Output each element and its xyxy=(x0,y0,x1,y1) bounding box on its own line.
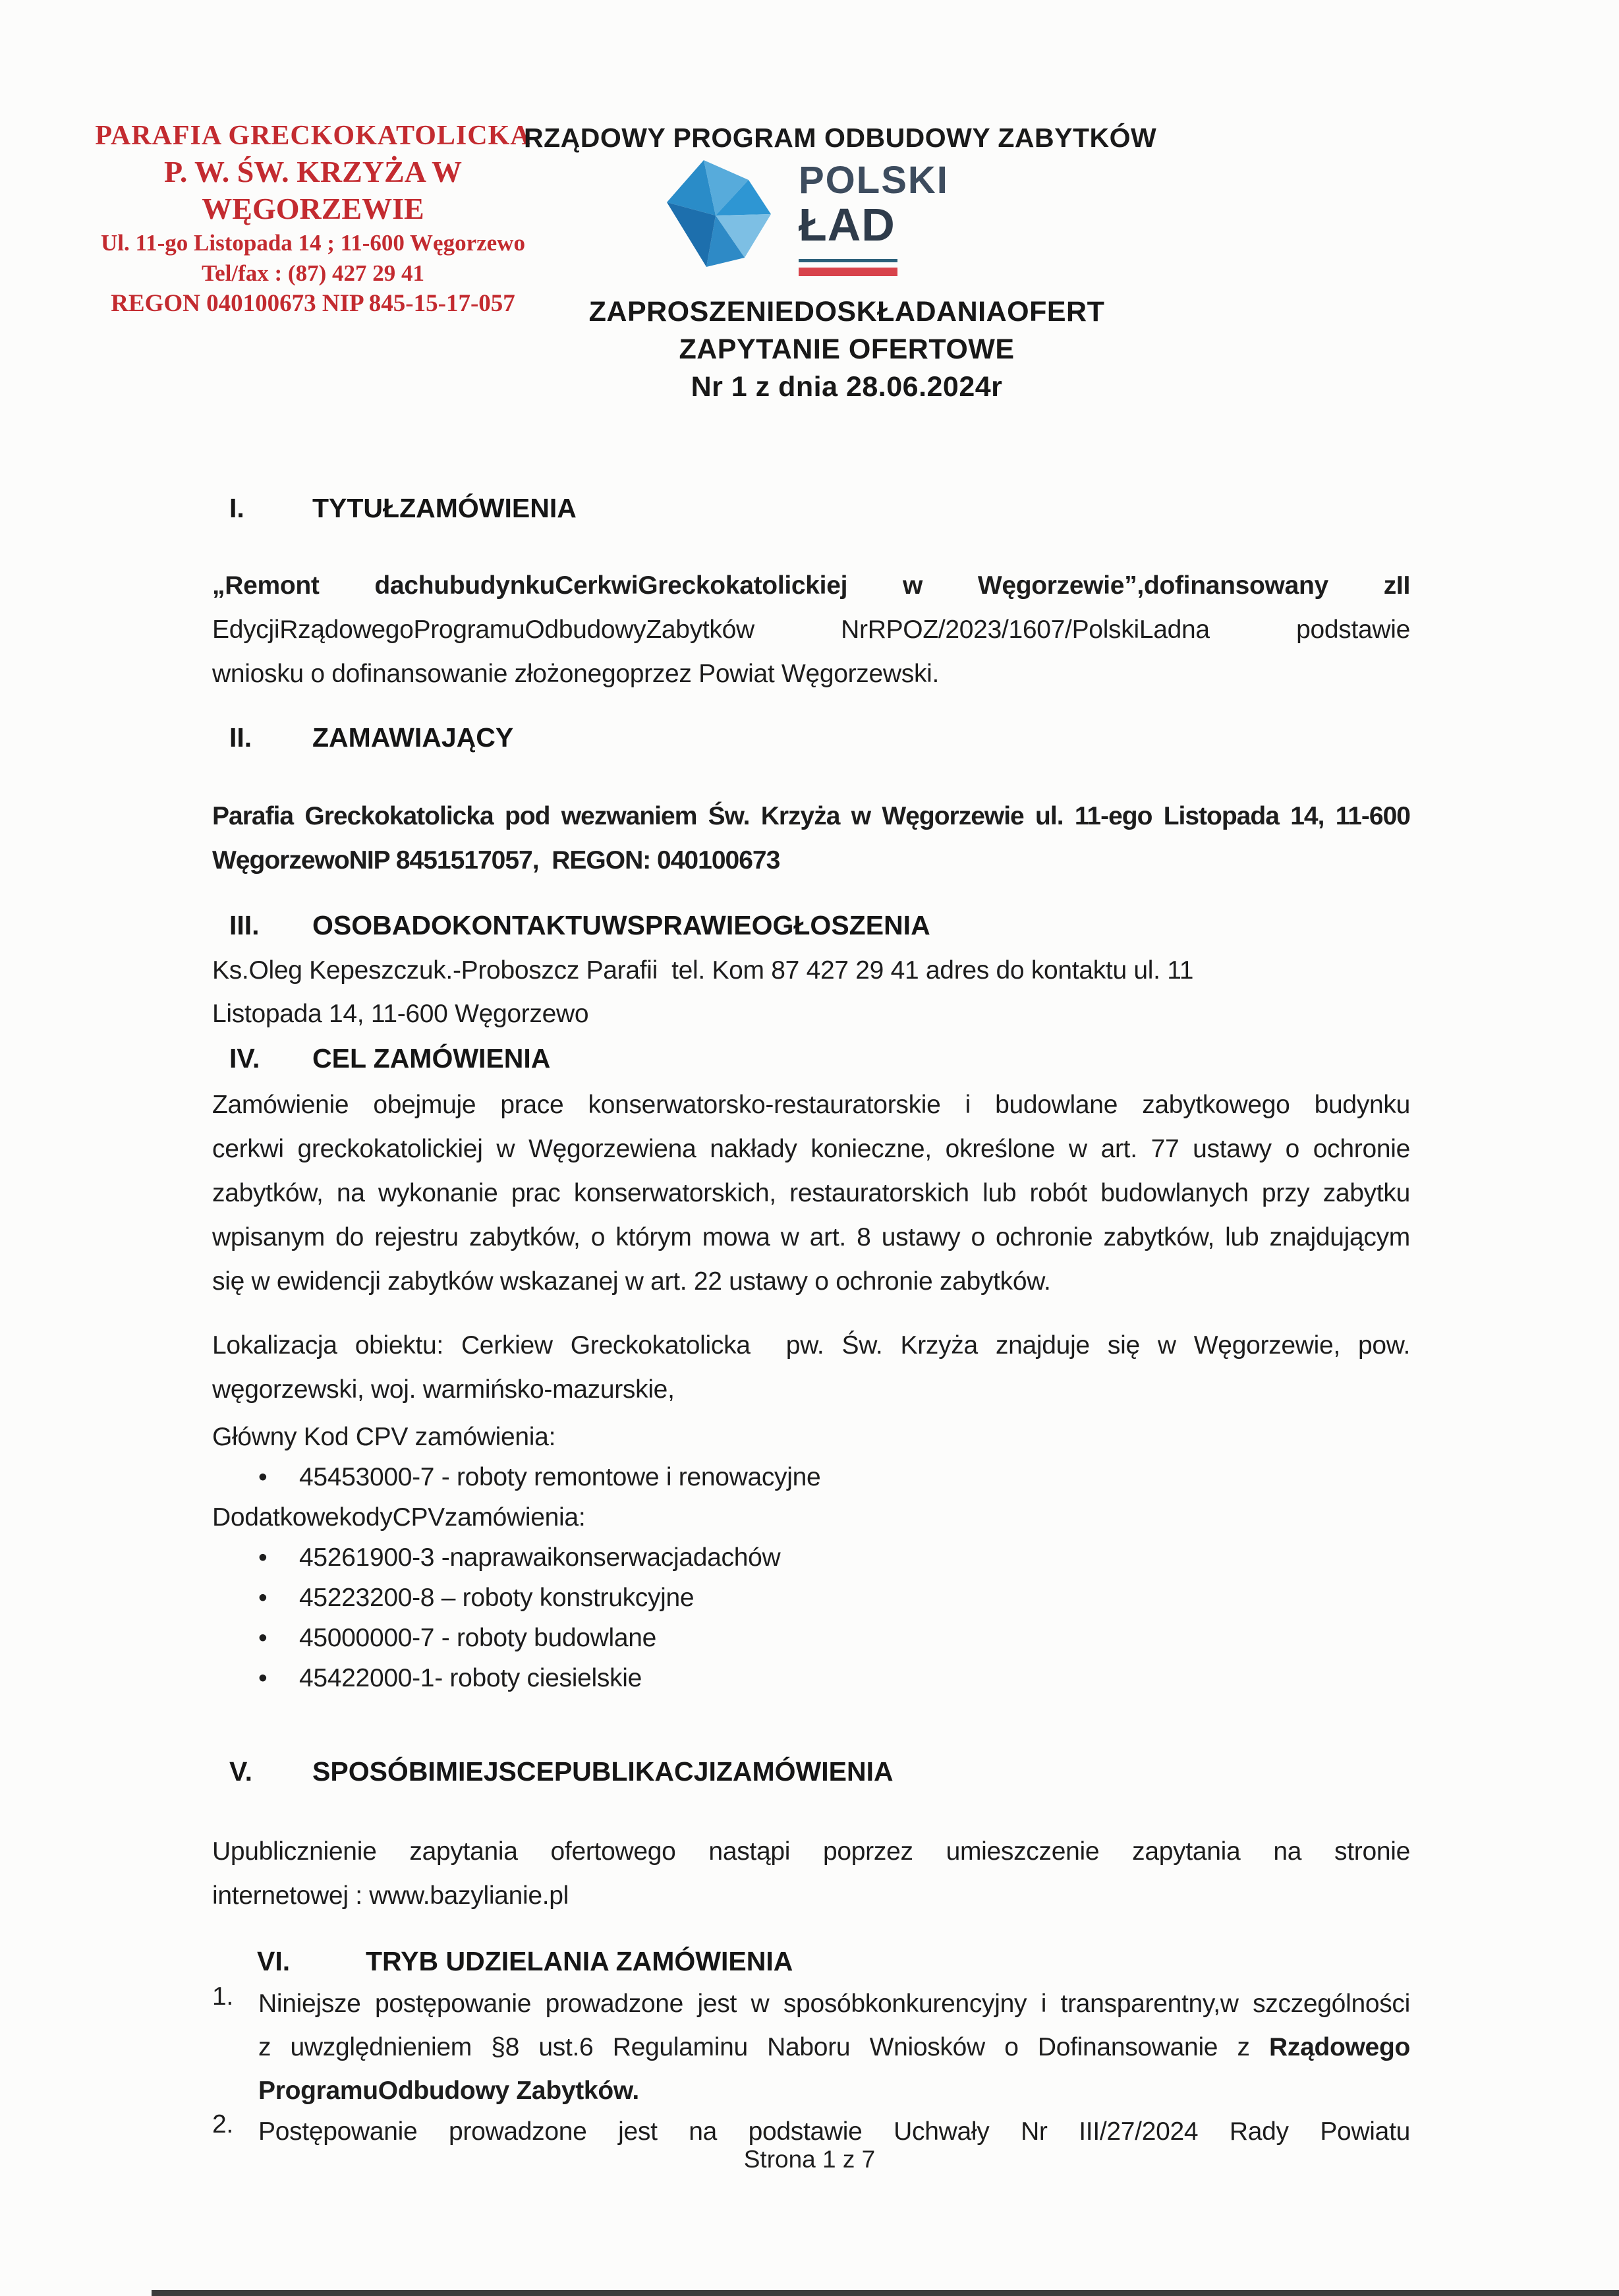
item-number: 1. xyxy=(212,1982,258,2113)
polski-lad-logo: POLSKI ŁAD xyxy=(667,160,949,276)
contact-line: Listopada 14, 11-600 Węgorzewo xyxy=(212,992,1410,1036)
section-4-title: CEL ZAMÓWIENIA xyxy=(312,1041,550,1076)
text-line: wpisanym do rejestru zabytków, o którym … xyxy=(212,1215,1410,1259)
cpv-additional-code: 45261900-3 -naprawaikonserwacjadachów xyxy=(299,1537,780,1578)
section-4-paragraph: Zamówienie obejmuje prace konserwatorsko… xyxy=(212,1083,1410,1304)
section-1-number: I. xyxy=(212,491,312,525)
text-line: „Remont dachubudynkuCerkwiGreckokatolick… xyxy=(212,563,1410,608)
cpv-codes-block: Główny Kod CPV zamówienia: • 45453000-7 … xyxy=(212,1417,1410,1698)
section-2-paragraph: Parafia Greckokatolicka pod wezwaniem Św… xyxy=(212,794,1410,882)
document-title-block: ZAPROSZENIEDOSKŁADANIAOFERT ZAPYTANIE OF… xyxy=(422,293,1272,406)
text-line: zabytków, na wykonanie prac konserwators… xyxy=(212,1171,1410,1215)
cpv-additional-code: 45422000-1- roboty ciesielskie xyxy=(299,1658,642,1698)
logo-word-polski: POLSKI xyxy=(799,160,949,201)
text-line: Lokalizacja obiektu: Cerkiew Greckokatol… xyxy=(212,1323,1410,1367)
text-line: z uwzględnieniem §8 ust.6 Regulaminu Nab… xyxy=(258,2026,1410,2069)
section-5-paragraph: Upublicznienie zapytania ofertowego nast… xyxy=(212,1829,1410,1918)
logo-wordmark: POLSKI ŁAD xyxy=(799,160,949,276)
document-page: PARAFIA GRECKOKATOLICKA P. W. ŚW. KRZYŻA… xyxy=(0,0,1619,2296)
text-line: wniosku o dofinansowanie złożonegoprzez … xyxy=(212,652,1410,696)
logo-word-lad: ŁAD xyxy=(799,201,949,248)
item-body: Niniejsze postępowanie prowadzone jest w… xyxy=(258,1982,1410,2113)
title-invitation: ZAPROSZENIEDOSKŁADANIAOFERT xyxy=(422,293,1272,331)
cpv-main-item: • 45453000-7 - roboty remontowe i renowa… xyxy=(212,1457,1410,1497)
bullet-icon: • xyxy=(258,1618,299,1658)
section-6-heading: VI. TRYB UDZIELANIA ZAMÓWIENIA xyxy=(212,1944,1410,1978)
stamp-phone: Tel/fax : (87) 427 29 41 xyxy=(86,258,540,288)
logo-red-bar xyxy=(799,268,897,276)
cpv-additional-item: • 45261900-3 -naprawaikonserwacjadachów xyxy=(212,1537,1410,1578)
bullet-icon: • xyxy=(258,1537,299,1578)
section-2-heading: II. ZAMAWIAJĄCY xyxy=(212,720,1410,755)
page-number: Strona 1 z 7 xyxy=(0,2146,1619,2173)
text-line: węgorzewski, woj. warmińsko-mazurskie, xyxy=(212,1367,1410,1412)
section-2-number: II. xyxy=(212,720,312,755)
numbered-item-1: 1. Niniejsze postępowanie prowadzone jes… xyxy=(212,1982,1410,2113)
section-1-title: TYTUŁZAMÓWIENIA xyxy=(312,491,577,525)
section-3-number: III. xyxy=(212,908,312,942)
section-1-paragraph: „Remont dachubudynkuCerkwiGreckokatolick… xyxy=(212,563,1410,696)
text-line: EdycjiRządowegoProgramuOdbudowyZabytków … xyxy=(212,608,1410,652)
title-rfq: ZAPYTANIE OFERTOWE xyxy=(422,331,1272,368)
section-6-title: TRYB UDZIELANIA ZAMÓWIENIA xyxy=(366,1944,793,1978)
section-3-heading: III. OSOBADOKONTAKTUWSPRAWIEOGŁOSZENIA xyxy=(212,908,1410,942)
parish-stamp: PARAFIA GRECKOKATOLICKA P. W. ŚW. KRZYŻA… xyxy=(86,119,540,319)
section-5-heading: V. SPOSÓBIMIEJSCEPUBLIKACJIZAMÓWIENIA xyxy=(212,1754,1410,1789)
text-line: ProgramuOdbudowy Zabytków. xyxy=(258,2069,1410,2113)
section-2-title: ZAMAWIAJĄCY xyxy=(312,720,513,755)
cpv-additional-code: 45000000-7 - roboty budowlane xyxy=(299,1618,656,1658)
text-line: Zamówienie obejmuje prace konserwatorsko… xyxy=(212,1083,1410,1127)
title-number-date: Nr 1 z dnia 28.06.2024r xyxy=(422,368,1272,406)
text-segment: z uwzględnieniem §8 ust.6 Regulaminu Nab… xyxy=(258,2033,1269,2061)
cpv-additional-label: DodatkowekodyCPVzamówienia: xyxy=(212,1497,1410,1537)
cpv-additional-item: • 45000000-7 - roboty budowlane xyxy=(212,1618,1410,1658)
section-3-contact: Ks.Oleg Kepeszczuk.-Proboszcz Parafii te… xyxy=(212,949,1410,1036)
section-4-heading: IV. CEL ZAMÓWIENIA xyxy=(212,1041,1410,1076)
polski-lad-shield-icon xyxy=(667,160,771,267)
cpv-additional-code: 45223200-8 – roboty konstrukcyjne xyxy=(299,1578,694,1618)
stamp-parish-name: PARAFIA GRECKOKATOLICKA xyxy=(86,119,540,154)
program-title: RZĄDOWY PROGRAM ODBUDOWY ZABYTKÓW xyxy=(524,123,1156,154)
logo-navy-bar xyxy=(799,259,897,262)
text-line: cerkwi greckokatolickiej w Węgorzewiena … xyxy=(212,1127,1410,1171)
section-4-number: IV. xyxy=(212,1041,312,1076)
text-segment-bold: Rządowego xyxy=(1269,2033,1410,2061)
object-location-paragraph: Lokalizacja obiektu: Cerkiew Greckokatol… xyxy=(212,1323,1410,1412)
text-line: Niniejsze postępowanie prowadzone jest w… xyxy=(258,1982,1410,2026)
scan-edge-artifact xyxy=(152,2290,1619,2296)
cpv-main-label: Główny Kod CPV zamówienia: xyxy=(212,1417,1410,1457)
text-line: WęgorzewoNIP 8451517057, REGON: 04010067… xyxy=(212,838,1410,882)
bullet-icon: • xyxy=(258,1658,299,1698)
cpv-additional-item: • 45223200-8 – roboty konstrukcyjne xyxy=(212,1578,1410,1618)
text-line: się w ewidencji zabytków wskazanej w art… xyxy=(212,1259,1410,1304)
text-line: Upublicznienie zapytania ofertowego nast… xyxy=(212,1829,1410,1874)
bullet-icon: • xyxy=(258,1457,299,1497)
cpv-additional-item: • 45422000-1- roboty ciesielskie xyxy=(212,1658,1410,1698)
stamp-parish-dedication: P. W. ŚW. KRZYŻA W WĘGORZEWIE xyxy=(86,154,540,227)
section-6-number: VI. xyxy=(212,1944,366,1978)
text-line: Parafia Greckokatolicka pod wezwaniem Św… xyxy=(212,794,1410,838)
stamp-address: Ul. 11-go Listopada 14 ; 11-600 Węgorzew… xyxy=(86,227,540,258)
section-5-number: V. xyxy=(212,1754,312,1789)
bullet-icon: • xyxy=(258,1578,299,1618)
text-line: internetowej : www.bazylianie.pl xyxy=(212,1874,1410,1918)
section-1-heading: I. TYTUŁZAMÓWIENIA xyxy=(212,491,1410,525)
section-5-title: SPOSÓBIMIEJSCEPUBLIKACJIZAMÓWIENIA xyxy=(312,1754,894,1789)
contact-line: Ks.Oleg Kepeszczuk.-Proboszcz Parafii te… xyxy=(212,949,1410,992)
cpv-main-code: 45453000-7 - roboty remontowe i renowacy… xyxy=(299,1457,820,1497)
section-3-title: OSOBADOKONTAKTUWSPRAWIEOGŁOSZENIA xyxy=(312,908,930,942)
